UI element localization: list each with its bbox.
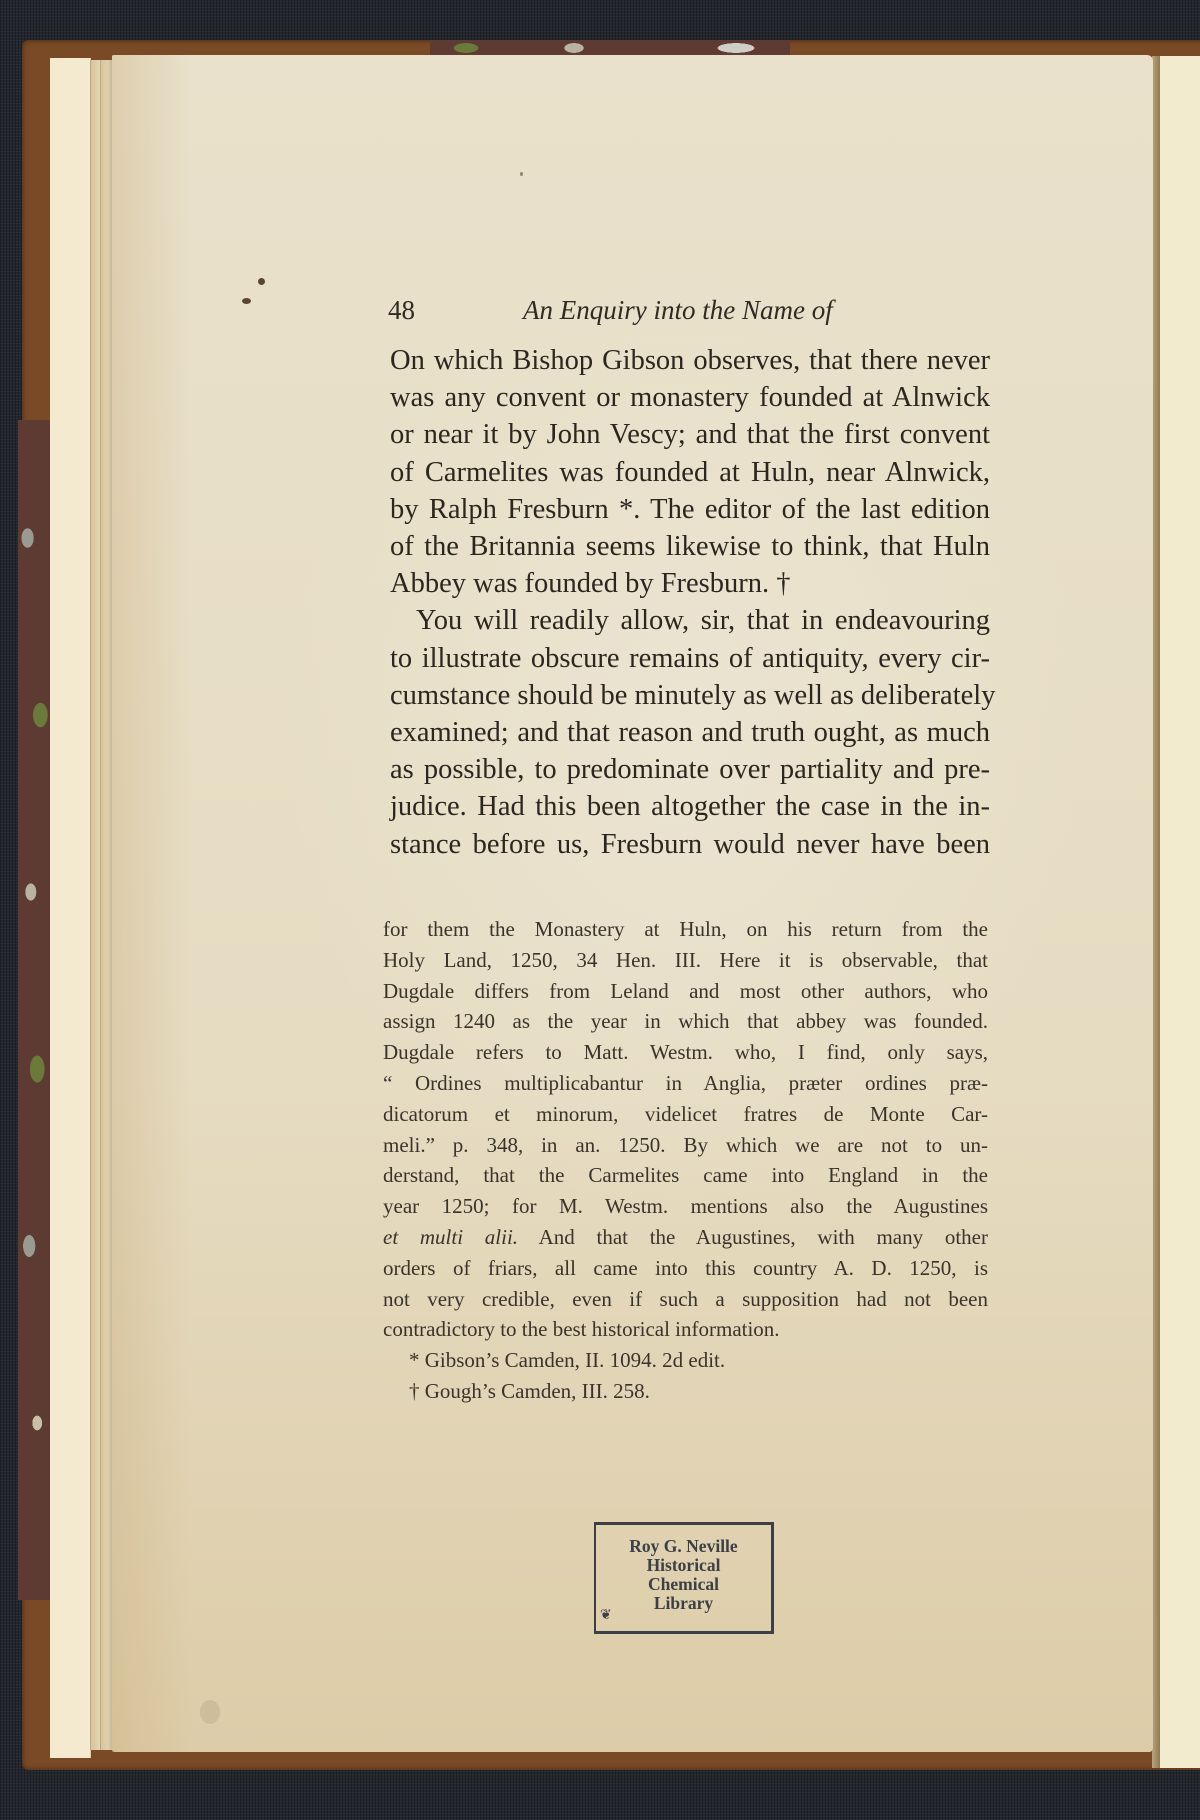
page-number: 48	[388, 295, 415, 326]
running-title: An Enquiry into the Name of	[523, 295, 833, 326]
footnotes: for them the Monastery at Huln, on his r…	[383, 914, 988, 1407]
text-line: was any convent or monastery founded at …	[390, 379, 990, 416]
stain	[200, 1700, 220, 1724]
footnote-line: Dugdale refers to Matt. Westm. who, I fi…	[383, 1037, 988, 1068]
marbled-paper-top	[430, 40, 790, 56]
footnote-line: derstand, that the Carmelites came into …	[383, 1160, 988, 1191]
facing-page	[1160, 56, 1200, 1768]
stamp-line: Historical	[596, 1556, 771, 1575]
footnote-line: “ Ordines multiplicabantur in Anglia, pr…	[383, 1068, 988, 1099]
footnote-line-rest: And that the Augustines, with many other	[518, 1225, 988, 1249]
reference-dagger: † Gough’s Camden, III. 258.	[383, 1376, 988, 1407]
text-line: examined; and that reason and truth ough…	[390, 714, 990, 751]
footnote-line: contradictory to the best historical inf…	[383, 1314, 988, 1345]
footnote-line: Dugdale differs from Leland and most oth…	[383, 976, 988, 1007]
library-stamp: Roy G. Neville Historical Chemical Libra…	[594, 1522, 774, 1634]
running-head: 48 An Enquiry into the Name of	[388, 295, 1008, 335]
footnote-line: for them the Monastery at Huln, on his r…	[383, 914, 988, 945]
footnote-line: dicatorum et minorum, videlicet fratres …	[383, 1099, 988, 1130]
text-line: to illustrate obscure remains of antiqui…	[390, 640, 990, 677]
footnote-line: et multi alii. And that the Augustines, …	[383, 1222, 988, 1253]
stamp-line: Roy G. Neville	[596, 1537, 771, 1556]
footnote-line: not very credible, even if such a suppos…	[383, 1284, 988, 1315]
text-line: stance before us, Fresburn would never h…	[390, 826, 990, 863]
foxing-spot	[258, 278, 265, 285]
text-line: of the Britannia seems likewise to think…	[390, 528, 990, 565]
text-line: or near it by John Vescy; and that the f…	[390, 416, 990, 453]
text-line: On which Bishop Gibson observes, that th…	[390, 342, 990, 379]
text-line: as possible, to predominate over partial…	[390, 751, 990, 788]
stamp-line: Library	[596, 1594, 771, 1613]
text-line: of Carmelites was founded at Huln, near …	[390, 454, 990, 491]
text-line: judice. Had this been altogether the cas…	[390, 788, 990, 825]
footnote-line: orders of friars, all came into this cou…	[383, 1253, 988, 1284]
text-line: by Ralph Fresburn *. The editor of the l…	[390, 491, 990, 528]
endpaper-edge	[50, 58, 91, 1758]
page-gutter	[1152, 56, 1160, 1768]
footnote-line: year 1250; for M. Westm. mentions also t…	[383, 1191, 988, 1222]
footnote-line: assign 1240 as the year in which that ab…	[383, 1006, 988, 1037]
page-edge-stain	[112, 55, 192, 1752]
latin-phrase: et multi alii.	[383, 1225, 518, 1249]
text-line: You will readily allow, sir, that in end…	[390, 602, 990, 639]
text-line: Abbey was founded by Fresburn. †	[390, 565, 990, 602]
text-line: cumstance should be minutely as well as …	[390, 677, 990, 714]
foxing-spot	[242, 298, 251, 304]
stamp-line: Chemical	[596, 1575, 771, 1594]
main-text: On which Bishop Gibson observes, that th…	[390, 342, 990, 863]
foxing-spot	[520, 172, 523, 176]
footnote-line: Holy Land, 1250, 34 Hen. III. Here it is…	[383, 945, 988, 976]
reference-asterisk: * Gibson’s Camden, II. 1094. 2d edit.	[383, 1345, 988, 1376]
footnote-line: meli.” p. 348, in an. 1250. By which we …	[383, 1130, 988, 1161]
seal-icon: ❦	[600, 1606, 612, 1625]
marbled-paper-left	[18, 420, 50, 1600]
